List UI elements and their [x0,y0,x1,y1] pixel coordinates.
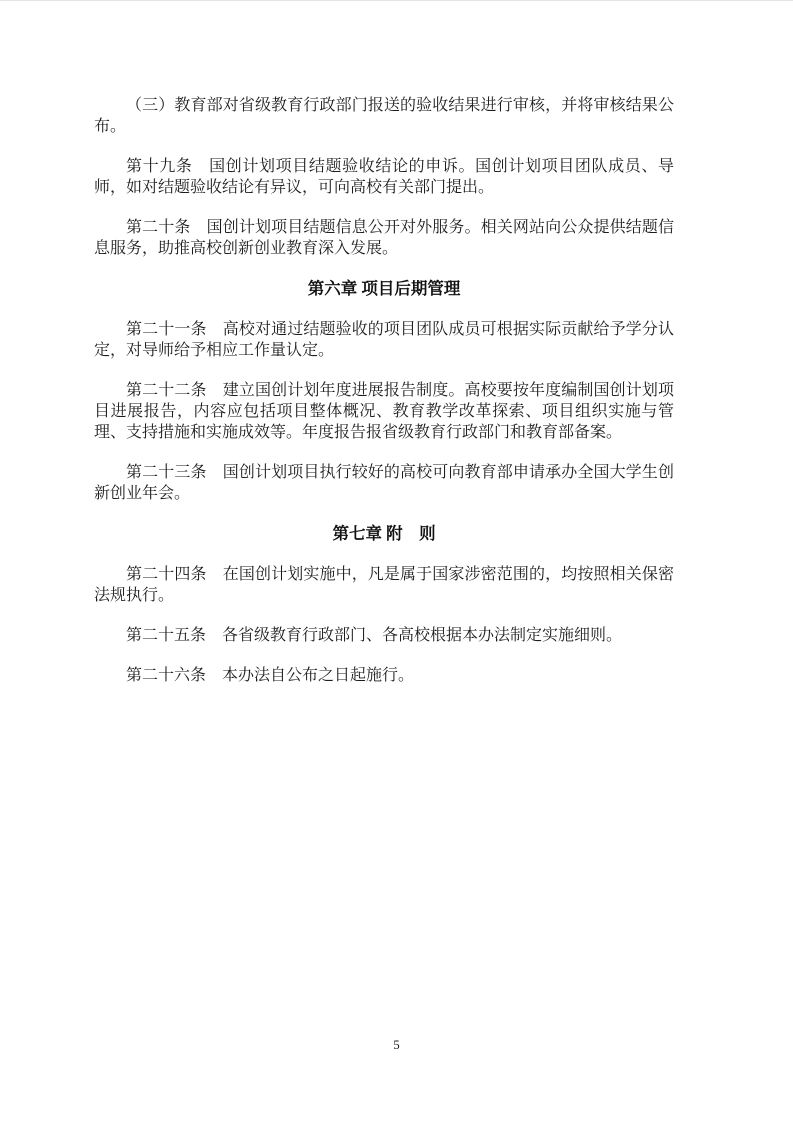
article-20-paragraph: 第二十条 国创计划项目结题信息公开对外服务。相关网站向公众提供结题信息服务，助推… [94,217,674,259]
paragraph-item-3: （三）教育部对省级教育行政部门报送的验收结果进行审核，并将审核结果公布。 [94,95,674,137]
article-23-paragraph: 第二十三条 国创计划项目执行较好的高校可向教育部申请承办全国大学生创新创业年会。 [94,462,674,504]
article-24-paragraph: 第二十四条 在国创计划实施中，凡是属于国家涉密范围的，均按照相关保密法规执行。 [94,564,674,606]
article-21-paragraph: 第二十一条 高校对通过结题验收的项目团队成员可根据实际贡献给予学分认定，对导师给… [94,319,674,361]
article-22-paragraph: 第二十二条 建立国创计划年度进展报告制度。高校要按年度编制国创计划项目进展报告，… [94,380,674,443]
document-body: （三）教育部对省级教育行政部门报送的验收结果进行审核，并将审核结果公布。 第十九… [94,95,674,686]
article-26-paragraph: 第二十六条 本办法自公布之日起施行。 [94,665,674,686]
chapter-6-heading: 第六章 项目后期管理 [94,278,674,300]
chapter-7-heading: 第七章 附 则 [94,523,674,545]
page-number: 5 [0,1037,793,1053]
document-page: （三）教育部对省级教育行政部门报送的验收结果进行审核，并将审核结果公布。 第十九… [0,0,793,1122]
article-25-paragraph: 第二十五条 各省级教育行政部门、各高校根据本办法制定实施细则。 [94,625,674,646]
article-19-paragraph: 第十九条 国创计划项目结题验收结论的申诉。国创计划项目团队成员、导师，如对结题验… [94,156,674,198]
